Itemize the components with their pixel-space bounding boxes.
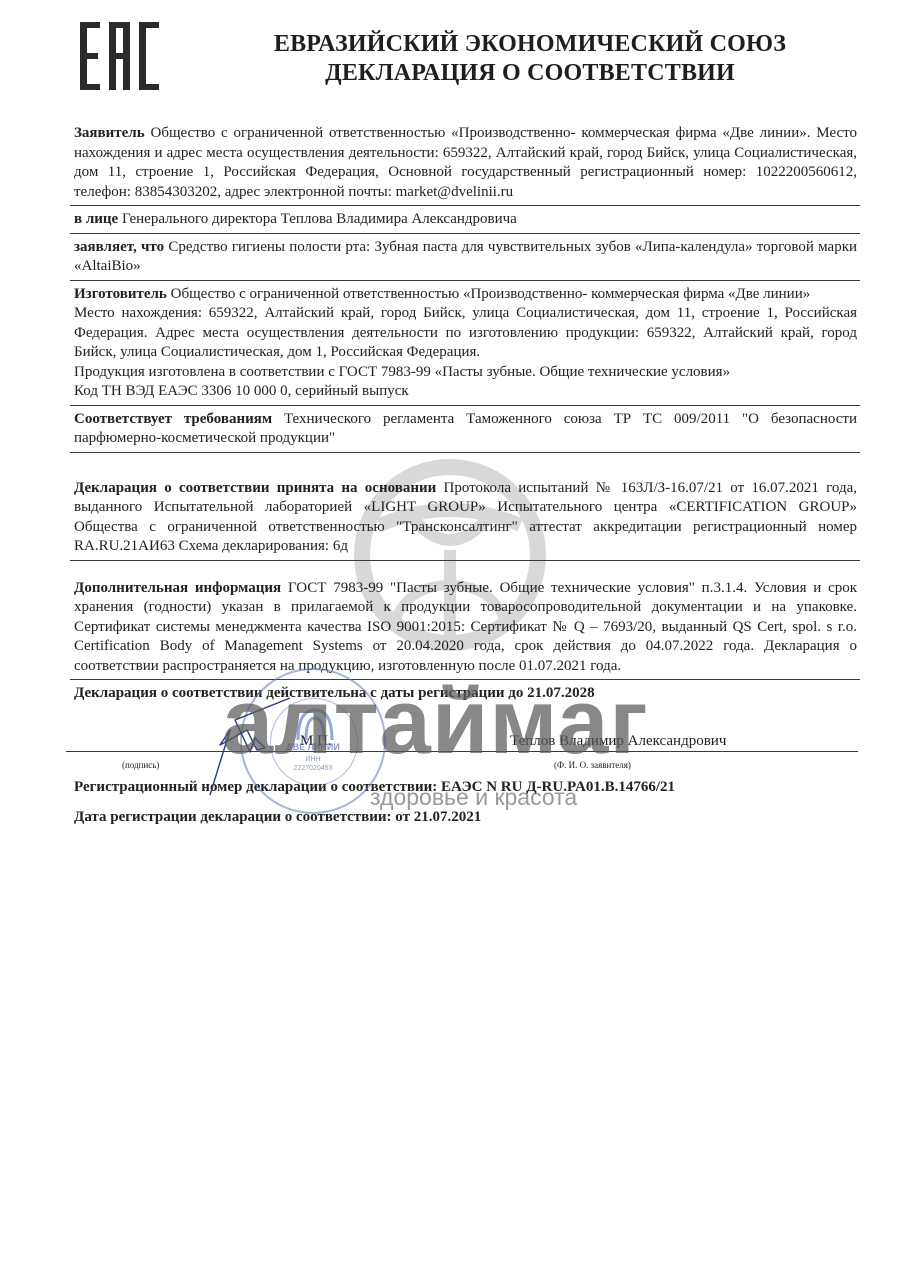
divider [70,560,860,561]
applicant-section: Заявитель Общество с ограниченной ответс… [74,124,857,202]
manufacturer-address: Место нахождения: 659322, Алтайский край… [74,304,857,363]
registration-date: Дата регистрации декларации о соответств… [74,808,675,827]
document-title: ЕВРАЗИЙСКИЙ ЭКОНОМИЧЕСКИЙ СОЮЗ ДЕКЛАРАЦИ… [190,30,870,88]
applicant-label: Заявитель [74,125,145,141]
basis-label: Декларация о соответствии принята на осн… [74,480,436,496]
applicant-text: Общество с ограниченной ответственностью… [74,125,857,200]
watermark-tagline: здоровье и красота [370,786,577,809]
product-description: Средство гигиены полости рта: Зубная пас… [74,239,857,275]
manufacturer-name: Общество с ограниченной ответственностью… [171,286,811,302]
representative-section: в лице Генерального директора Теплова Вл… [74,210,857,230]
divider [70,405,860,406]
title-union: ЕВРАЗИЙСКИЙ ЭКОНОМИЧЕСКИЙ СОЮЗ [190,30,870,59]
representative-label: в лице [74,211,118,227]
signature-caption: (подпись) [122,756,159,776]
eac-mark-icon [80,22,160,90]
requirements-section: Соответствует требованиям Технического р… [74,410,857,449]
manufacturer-standard: Продукция изготовлена в соответствии с Г… [74,363,857,383]
additional-info-label: Дополнительная информация [74,580,281,596]
declares-section: заявляет, что Средство гигиены полости р… [74,238,857,277]
title-declaration: ДЕКЛАРАЦИЯ О СООТВЕТСТВИИ [190,59,870,88]
divider [70,280,860,281]
requirements-label: Соответствует требованиям [74,411,272,427]
product-code: Код ТН ВЭД ЕАЭС 3306 10 000 0, серийный … [74,382,857,402]
watermark-brand: алтаймаг [222,676,649,768]
declaration-body: Заявитель Общество с ограниченной ответс… [74,124,857,766]
representative-text: Генерального директора Теплова Владимира… [122,211,517,227]
divider [70,233,860,234]
basis-section: Декларация о соответствии принята на осн… [74,479,857,557]
manufacturer-label: Изготовитель [74,286,167,302]
divider [70,452,860,453]
additional-info-section: Дополнительная информация ГОСТ 7983-99 "… [74,579,857,677]
declares-label: заявляет, что [74,239,164,255]
manufacturer-section: Изготовитель Общество с ограниченной отв… [74,285,857,305]
divider [70,205,860,206]
